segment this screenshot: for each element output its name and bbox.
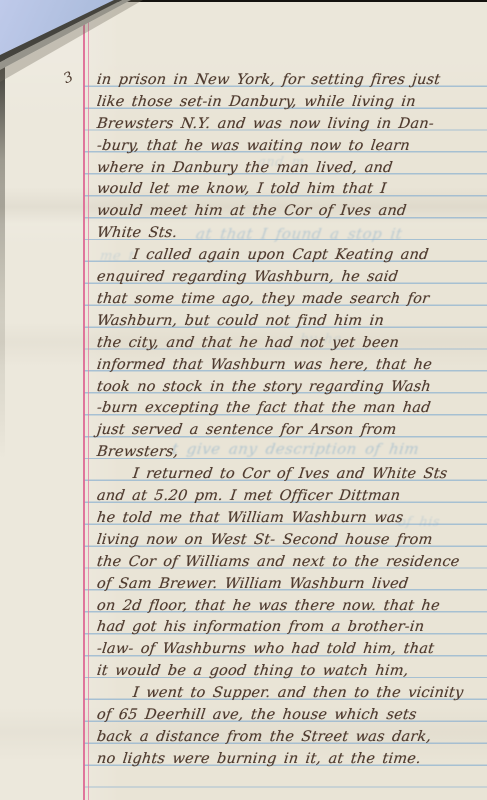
handwriting-text: no lights were burning in it, at the tim… bbox=[96, 752, 422, 767]
handwriting-text: of Sam Brewer. William Washburn lived bbox=[96, 577, 409, 592]
handwriting-line: of Sam Brewer. William Washburn lived bbox=[96, 569, 485, 591]
handwriting-text: in prison in New York, for setting fires… bbox=[96, 73, 441, 88]
handwriting-line: in prison in New York, for setting fires… bbox=[96, 65, 485, 87]
handwriting-text: that some time ago, they made search for bbox=[96, 292, 430, 307]
margin-line-inner bbox=[88, 2, 90, 800]
handwriting-line: I went to Supper. and then to the vicini… bbox=[96, 679, 485, 701]
handwriting-line: back a distance from the Street was dark… bbox=[96, 722, 485, 744]
handwriting-line: and at 5.20 pm. I met Officer Dittman bbox=[96, 482, 485, 504]
handwriting-text: Brewsters, bbox=[96, 445, 179, 460]
red-margin-line bbox=[83, 2, 91, 800]
handwriting-line: -law- of Washburns who had told him, tha… bbox=[96, 635, 485, 657]
handwriting-text: the city, and that he had not yet been bbox=[96, 336, 400, 351]
handwriting-text: -law- of Washburns who had told him, tha… bbox=[96, 642, 435, 657]
handwriting-text: Washburn, but could not find him in bbox=[96, 314, 385, 329]
handwriting-text: had got his information from a brother-i… bbox=[96, 620, 425, 635]
handwriting-line: the city, and that he had not yet been bbox=[96, 328, 485, 350]
handwriting-text: White Sts. bbox=[96, 226, 178, 241]
handwriting-text: the Cor of Williams and next to the resi… bbox=[96, 555, 460, 570]
scanned-journal-page: 3 at that I found a stop itme tt give an… bbox=[0, 0, 487, 800]
handwriting-line: the Cor of Williams and next to the resi… bbox=[96, 547, 485, 569]
handwriting-line: Brewsters, bbox=[96, 438, 485, 460]
handwriting-line: -bury, that he was waiting now to learn bbox=[96, 131, 485, 153]
handwriting-text: I called again upon Capt Keating and bbox=[132, 248, 429, 263]
handwriting-text: living now on West St- Second house from bbox=[96, 533, 433, 548]
handwriting-line: no lights were burning in it, at the tim… bbox=[96, 744, 485, 766]
handwriting-line: informed that Washburn was here, that he bbox=[96, 350, 485, 372]
handwriting-line: White Sts. bbox=[96, 219, 485, 241]
handwriting-line: -burn excepting the fact that the man ha… bbox=[96, 394, 485, 416]
handwriting-line: Brewsters N.Y. and was now living in Dan… bbox=[96, 109, 485, 131]
handwriting-line: living now on West St- Second house from bbox=[96, 525, 485, 547]
handwriting-line: of 65 Deerhill ave, the house which sets bbox=[96, 701, 485, 723]
handwriting-text: on 2d floor, that he was there now. that… bbox=[96, 599, 441, 614]
handwriting-line: on 2d floor, that he was there now. that… bbox=[96, 591, 485, 613]
handwriting-line: took no stock in the story regarding Was… bbox=[96, 372, 485, 394]
handwriting-text: -burn excepting the fact that the man ha… bbox=[96, 401, 431, 416]
handwriting-line: enquired regarding Washburn, he said bbox=[96, 263, 485, 285]
handwriting-line: he told me that William Washburn was bbox=[96, 503, 485, 525]
handwriting-text: it would be a good thing to watch him, bbox=[96, 664, 409, 679]
handwriting-text: just served a sentence for Arson from bbox=[96, 423, 397, 438]
handwriting-text: I went to Supper. and then to the vicini… bbox=[132, 686, 464, 701]
handwriting-text: like those set-in Danbury, while living … bbox=[96, 95, 416, 110]
handwriting-text: and at 5.20 pm. I met Officer Dittman bbox=[96, 489, 401, 504]
handwriting-text: would let me know, I told him that I bbox=[96, 182, 387, 197]
margin-line-outer bbox=[83, 2, 85, 800]
handwriting-line: had got his information from a brother-i… bbox=[96, 613, 485, 635]
handwriting-line: that some time ago, they made search for bbox=[96, 284, 485, 306]
handwriting-text: he told me that William Washburn was bbox=[96, 511, 404, 526]
handwriting-text: back a distance from the Street was dark… bbox=[96, 730, 432, 745]
handwriting-line: I called again upon Capt Keating and bbox=[96, 241, 485, 263]
handwriting-line: just served a sentence for Arson from bbox=[96, 416, 485, 438]
handwriting-text: Brewsters N.Y. and was now living in Dan… bbox=[96, 117, 435, 132]
handwriting-line: Washburn, but could not find him in bbox=[96, 306, 485, 328]
handwriting-text: enquired regarding Washburn, he said bbox=[96, 270, 399, 285]
handwriting-text: would meet him at the Cor of Ives and bbox=[96, 204, 407, 219]
handwriting-text: informed that Washburn was here, that he bbox=[96, 358, 433, 373]
handwriting-line: I returned to Cor of Ives and White Sts bbox=[96, 460, 485, 482]
handwriting-line: it would be a good thing to watch him, bbox=[96, 657, 485, 679]
handwriting-line: would meet him at the Cor of Ives and bbox=[96, 197, 485, 219]
handwriting-line: where in Danbury the man lived, and bbox=[96, 153, 485, 175]
handwriting-line: would let me know, I told him that I bbox=[96, 175, 485, 197]
handwriting-text: of 65 Deerhill ave, the house which sets bbox=[96, 708, 417, 723]
handwriting-text: -bury, that he was waiting now to learn bbox=[96, 139, 411, 154]
handwriting-line: like those set-in Danbury, while living … bbox=[96, 87, 485, 109]
handwriting-text: where in Danbury the man lived, and bbox=[96, 161, 393, 176]
handwriting-text: took no stock in the story regarding Was… bbox=[96, 380, 432, 395]
handwriting-text: I returned to Cor of Ives and White Sts bbox=[132, 467, 448, 482]
